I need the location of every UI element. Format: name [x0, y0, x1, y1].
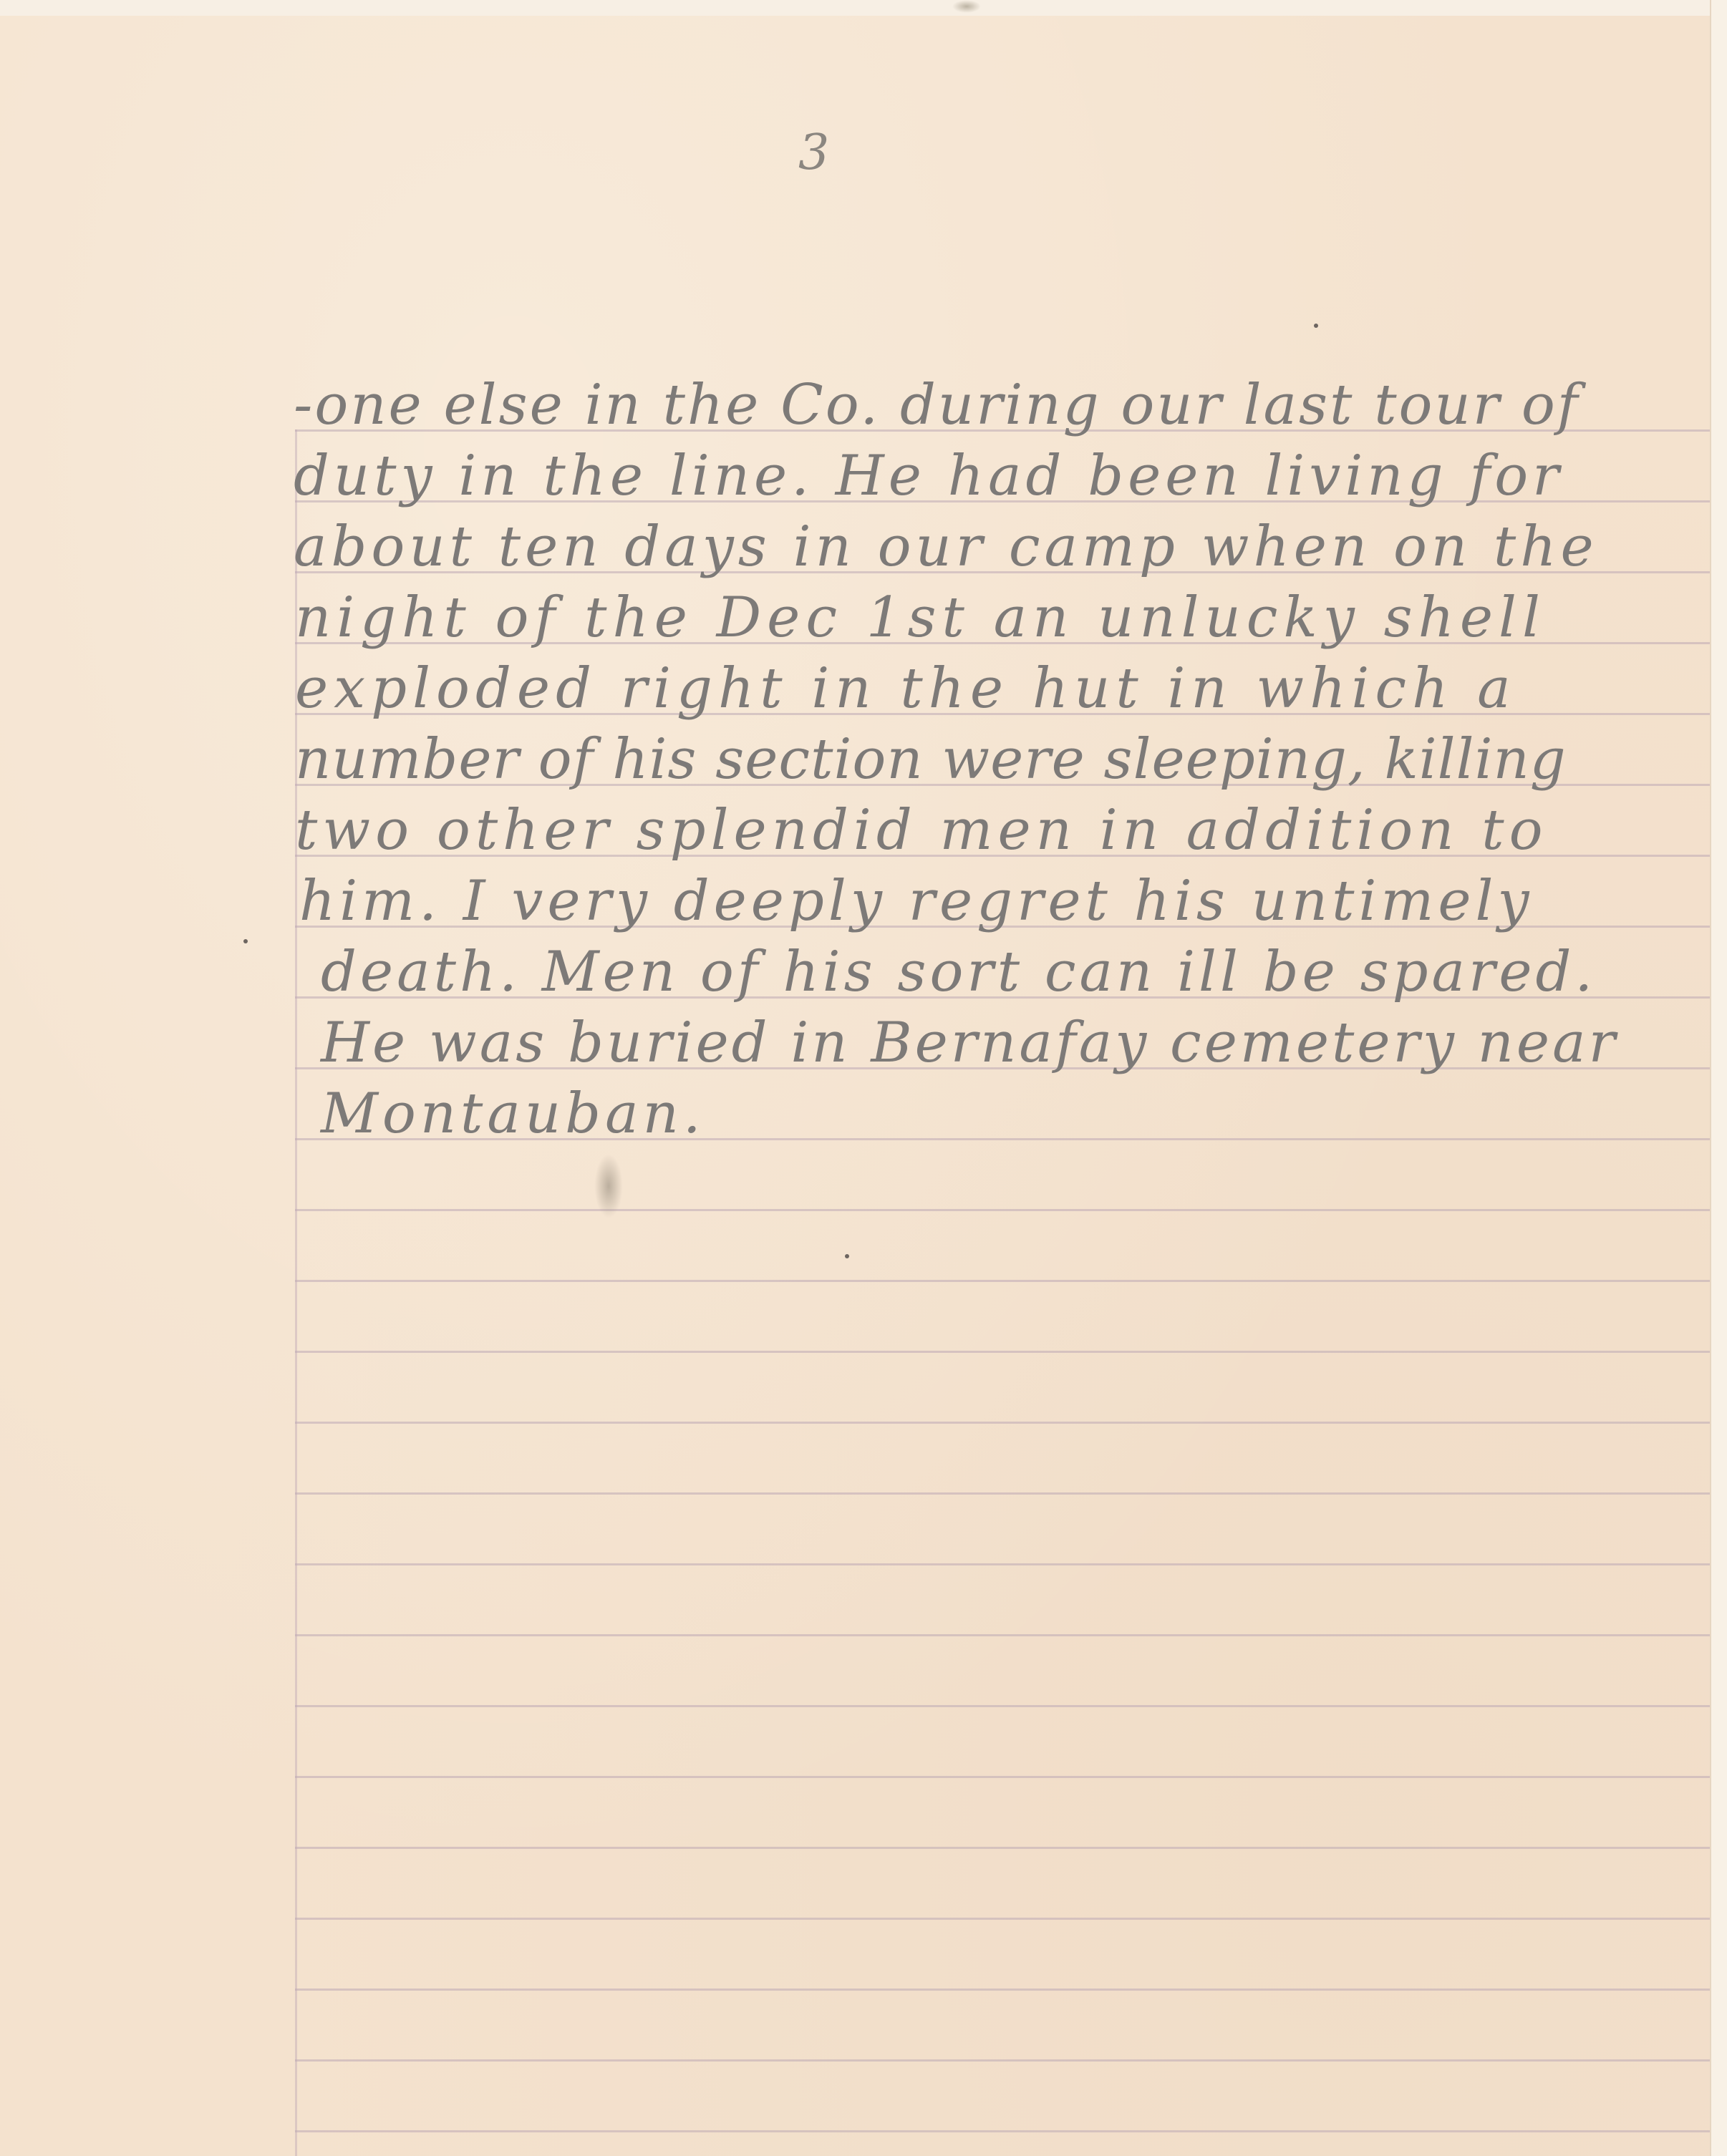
paper-speck: [845, 1254, 849, 1258]
paper-speck: [243, 939, 248, 943]
rule-line: [295, 2130, 1710, 2132]
letter-page: 3 -one else in the Co. during our last t…: [0, 16, 1711, 2156]
rule-line: [295, 1422, 1710, 1424]
text-line-4: night of the Dec 1st an unlucky shell: [295, 590, 1546, 646]
paper-speck: [1314, 324, 1318, 328]
rule-line: [295, 1351, 1710, 1353]
text-line-7: two other splendid men in addition to: [295, 802, 1548, 858]
rule-line: [295, 1989, 1710, 1991]
ink-smudge: [952, 0, 981, 13]
rule-line: [295, 1847, 1710, 1849]
rule-line: [295, 1705, 1710, 1707]
rule-line: [295, 1492, 1710, 1495]
text-line-9: death. Men of his sort can ill be spared…: [321, 944, 1596, 1000]
text-line-6: number of his section were sleeping, kil…: [295, 732, 1567, 787]
rule-line: [295, 1918, 1710, 1920]
text-line-1: -one else in the Co. during our last tou…: [294, 377, 1580, 433]
ink-smudge: [594, 1154, 623, 1218]
text-line-8: him. I very deeply regret his untimely: [299, 873, 1534, 929]
paper-top-edge: [0, 0, 1727, 17]
rule-line: [295, 1563, 1710, 1565]
text-line-2: duty in the line. He had been living for: [294, 448, 1563, 504]
rule-line: [295, 1280, 1710, 1282]
rule-line: [295, 2059, 1710, 2062]
text-line-3: about ten days in our camp when on the: [294, 519, 1598, 575]
rule-line: [295, 1776, 1710, 1778]
rule-line: [295, 1209, 1710, 1211]
page-number: 3: [798, 129, 829, 178]
text-line-5: exploded right in the hut in which a: [295, 661, 1516, 717]
text-line-11: Montauban.: [321, 1086, 705, 1142]
text-line-10: He was buried in Bernafay cemetery near: [321, 1015, 1618, 1071]
paper-right-edge: [1710, 0, 1727, 2156]
rule-line: [295, 1634, 1710, 1636]
